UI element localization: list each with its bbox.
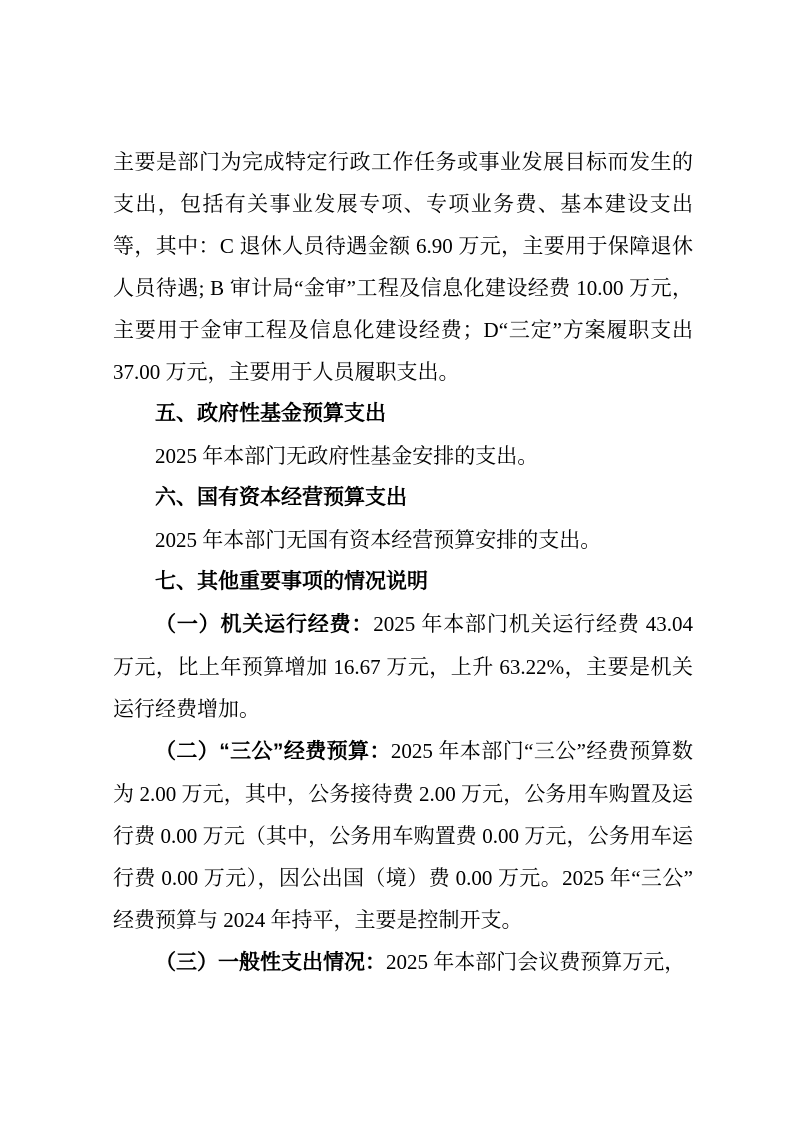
- paragraph-text: 2025 年本部门无政府性基金安排的支出。: [155, 444, 538, 468]
- section-heading: 六、国有资本经营预算支出: [113, 477, 693, 519]
- paragraph-text: 2025 年本部门无国有资本经营预算安排的支出。: [155, 528, 601, 552]
- body-paragraph: 2025 年本部门无国有资本经营预算安排的支出。: [113, 519, 693, 561]
- paragraph-lead: （三）一般性支出情况：: [155, 951, 386, 974]
- paragraph-text: 2025 年本部门“三公”经费预算数为 2.00 万元，其中，公务接待费 2.0…: [113, 739, 693, 932]
- paragraph-text: 2025 年本部门会议费预算万元，: [386, 950, 685, 974]
- body-paragraph: 2025 年本部门无政府性基金安排的支出。: [113, 435, 693, 477]
- section-heading: 五、政府性基金预算支出: [113, 393, 693, 435]
- body-paragraph: （二）“三公”经费预算：2025 年本部门“三公”经费预算数为 2.00 万元，…: [113, 730, 693, 941]
- body-paragraph: （一）机关运行经费：2025 年本部门机关运行经费 43.04 万元，比上年预算…: [113, 603, 693, 730]
- document-body: 主要是部门为完成特定行政工作任务或事业发展目标而发生的支出，包括有关事业发展专项…: [113, 141, 693, 984]
- paragraph-lead: （一）机关运行经费：: [155, 613, 373, 636]
- paragraph-lead: （二）“三公”经费预算：: [155, 740, 391, 763]
- paragraph-text: 主要是部门为完成特定行政工作任务或事业发展目标而发生的支出，包括有关事业发展专项…: [113, 150, 693, 384]
- body-paragraph: 主要是部门为完成特定行政工作任务或事业发展目标而发生的支出，包括有关事业发展专项…: [113, 141, 693, 393]
- body-paragraph: （三）一般性支出情况：2025 年本部门会议费预算万元，: [113, 941, 693, 984]
- section-heading: 七、其他重要事项的情况说明: [113, 561, 693, 603]
- document-page: 主要是部门为完成特定行政工作任务或事业发展目标而发生的支出，包括有关事业发展专项…: [0, 0, 793, 1122]
